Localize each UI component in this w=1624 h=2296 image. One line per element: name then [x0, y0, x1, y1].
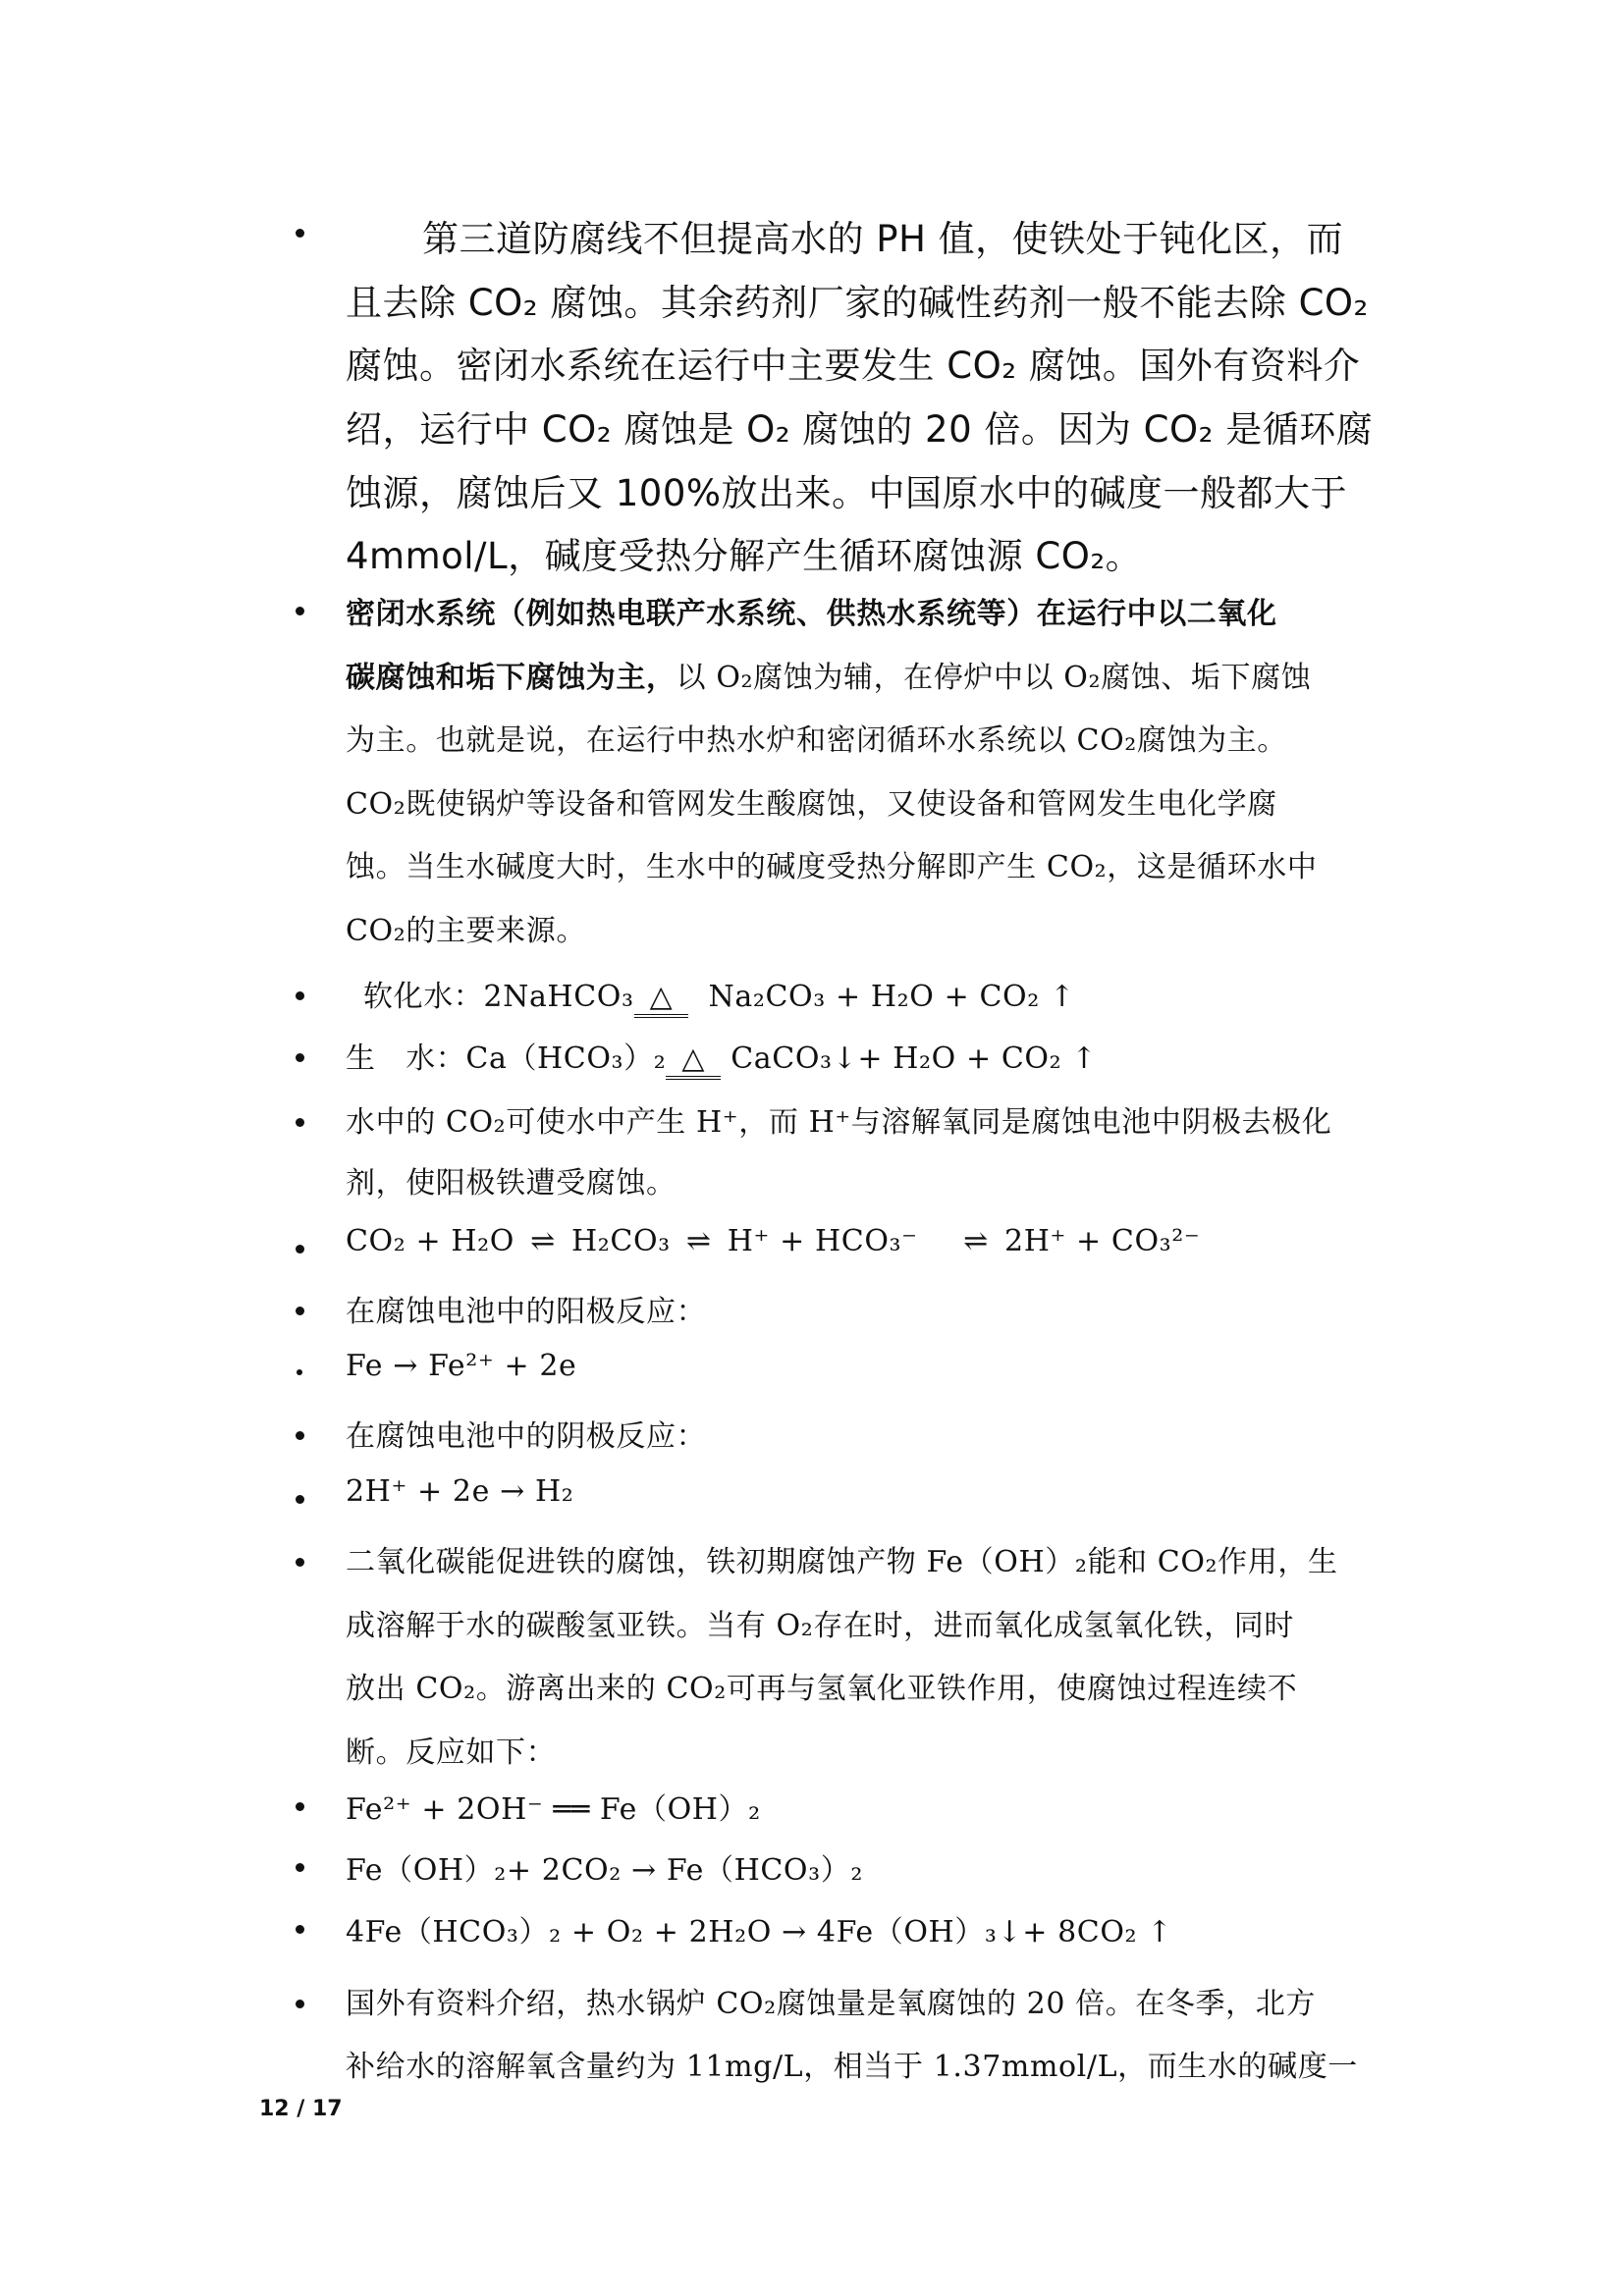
- paragraph-line: 放出 CO₂。游离出来的 CO₂可再与氢氧化亚铁作用，使腐蚀过程连续不: [346, 1664, 1297, 1707]
- paragraph-line: 国外有资料介绍，热水锅炉 CO₂腐蚀量是氧腐蚀的 20 倍。在冬季，北方: [346, 1979, 1316, 2022]
- text-span: 以 O₂腐蚀为辅，在停炉中以 O₂腐蚀、垢下腐蚀: [677, 661, 1312, 695]
- paragraph-line: 4mmol/L，碱度受热分解产生循环腐蚀源 CO₂。: [346, 526, 1142, 579]
- equilibrium-arrow-icon: ⇌: [686, 1224, 712, 1258]
- bullet-icon: [296, 607, 304, 615]
- paragraph-line: CO₂的主要来源。: [346, 906, 586, 949]
- document-page: 第三道防腐线不但提高水的 PH 值，使铁处于钝化区，而 且去除 CO₂ 腐蚀。其…: [0, 0, 1624, 2296]
- cathode-label: 在腐蚀电池中的阴极反应：: [346, 1412, 706, 1455]
- anode-reaction: Fe → Fe²⁺ + 2e: [346, 1349, 576, 1383]
- cathode-reaction: 2H⁺ + 2e → H₂: [346, 1474, 573, 1509]
- equilibrium-arrow-icon: ⇌: [963, 1224, 989, 1258]
- equation-part: H₂CO₃: [571, 1224, 671, 1258]
- delta-heat-icon: △: [634, 980, 689, 1018]
- bullet-icon: [296, 1802, 304, 1811]
- delta-heat-icon: △: [666, 1041, 721, 1080]
- equation-label: 生 水：: [346, 1041, 465, 1076]
- equation-lhs: 2NaHCO₃: [483, 980, 633, 1014]
- paragraph-line: 且去除 CO₂ 腐蚀。其余药剂厂家的碱性药剂一般不能去除 CO₂: [346, 273, 1369, 326]
- equation-rhs: CaCO₃↓+ H₂O + CO₂ ↑: [731, 1041, 1097, 1076]
- equation-soft-water: 软化水：2NaHCO₃△ Na₂CO₃ + H₂O + CO₂ ↑: [363, 972, 1075, 1018]
- bullet-icon: [296, 1925, 304, 1934]
- paragraph-line-bold: 密闭水系统（例如热电联产水系统、供热水系统等）在运行中以二氧化: [346, 589, 1277, 632]
- bullet-icon: [296, 1558, 304, 1567]
- paragraph-line: 补给水的溶解氧含量约为 11mg/L，相当于 1.37mmol/L，而生水的碱度…: [346, 2042, 1358, 2085]
- equation-label: 软化水：: [363, 980, 483, 1014]
- bullet-icon: [296, 2000, 304, 2008]
- paragraph-line: CO₂既使锅炉等设备和管网发生酸腐蚀，又使设备和管网发生电化学腐: [346, 779, 1277, 823]
- paragraph-line: 蚀源，腐蚀后又 100%放出来。中国原水中的碱度一般都大于: [346, 463, 1347, 516]
- reaction-line: 4Fe（HCO₃）₂ + O₂ + 2H₂O → 4Fe（OH）₃↓+ 8CO₂…: [346, 1907, 1172, 1950]
- anode-label: 在腐蚀电池中的阳极反应：: [346, 1287, 706, 1330]
- paragraph-line: 二氧化碳能促进铁的腐蚀，铁初期腐蚀产物 Fe（OH）₂能和 CO₂作用，生: [346, 1537, 1338, 1580]
- reaction-line: Fe²⁺ + 2OH⁻ ══ Fe（OH）₂: [346, 1785, 761, 1828]
- equation-raw-water: 生 水：Ca（HCO₃）₂△ CaCO₃↓+ H₂O + CO₂ ↑: [346, 1034, 1097, 1080]
- bullet-icon: [296, 1863, 304, 1872]
- bullet-icon: [296, 1307, 304, 1315]
- bullet-icon: [296, 1245, 304, 1254]
- paragraph-line: 成溶解于水的碳酸氢亚铁。当有 O₂存在时，进而氧化成氢氧化铁，同时: [346, 1601, 1294, 1644]
- paragraph-line: 绍，运行中 CO₂ 腐蚀是 O₂ 腐蚀的 20 倍。因为 CO₂ 是循环腐: [346, 400, 1373, 453]
- equation-part: 2H⁺ + CO₃²⁻: [1004, 1224, 1200, 1258]
- equilibrium-arrow-icon: ⇌: [530, 1224, 556, 1258]
- paragraph-line: 剂，使阳极铁遭受腐蚀。: [346, 1158, 677, 1201]
- equation-part: CO₂ + H₂O: [346, 1224, 514, 1258]
- equation-rhs: Na₂CO₃ + H₂O + CO₂ ↑: [709, 980, 1075, 1014]
- page-number: 12 / 17: [259, 2097, 343, 2121]
- bullet-icon: [297, 1369, 302, 1375]
- paragraph-line: 碳腐蚀和垢下腐蚀为主，以 O₂腐蚀为辅，在停炉中以 O₂腐蚀、垢下腐蚀: [346, 653, 1311, 696]
- bullet-icon: [296, 991, 304, 1000]
- equilibrium-equation: CO₂ + H₂O ⇌ H₂CO₃ ⇌ H⁺ + HCO₃⁻ ⇌ 2H⁺ + C…: [346, 1224, 1200, 1258]
- reaction-line: Fe（OH）₂+ 2CO₂ → Fe（HCO₃）₂: [346, 1845, 863, 1889]
- paragraph-line: 蚀。当生水碱度大时，生水中的碱度受热分解即产生 CO₂，这是循环水中: [346, 842, 1318, 885]
- paragraph-line: 第三道防腐线不但提高水的 PH 值，使铁处于钝化区，而: [422, 209, 1343, 262]
- paragraph-line: 腐蚀。密闭水系统在运行中主要发生 CO₂ 腐蚀。国外有资料介: [346, 336, 1360, 389]
- paragraph-line: 水中的 CO₂可使水中产生 H⁺，而 H⁺与溶解氧同是腐蚀电池中阴极去极化: [346, 1097, 1331, 1141]
- equation-part: H⁺ + HCO₃⁻: [728, 1224, 918, 1258]
- paragraph-line: 为主。也就是说，在运行中热水炉和密闭循环水系统以 CO₂腐蚀为主。: [346, 716, 1287, 759]
- bullet-icon: [296, 1431, 304, 1440]
- bullet-icon: [296, 229, 304, 238]
- equation-lhs: Ca（HCO₃）₂: [465, 1041, 666, 1076]
- paragraph-line: 断。反应如下：: [346, 1728, 556, 1771]
- bullet-icon: [296, 1495, 304, 1504]
- bold-phrase: 碳腐蚀和垢下腐蚀为主，: [346, 661, 677, 695]
- bullet-icon: [296, 1118, 304, 1127]
- bullet-icon: [296, 1053, 304, 1062]
